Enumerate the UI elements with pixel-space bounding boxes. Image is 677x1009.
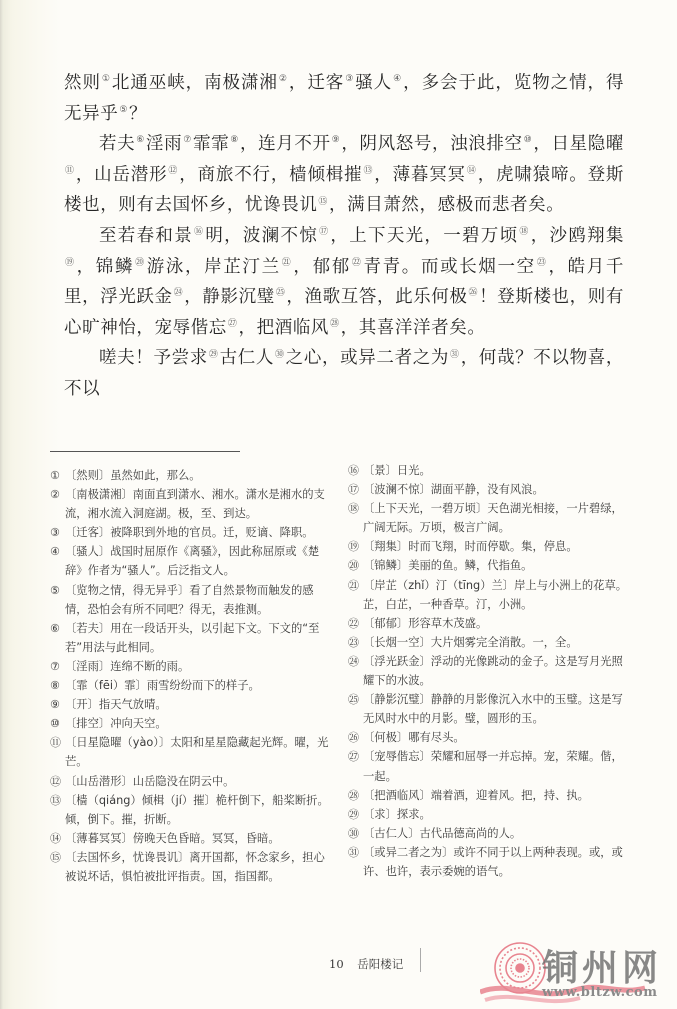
text-segment: 霏霏 (193, 134, 229, 154)
footnote: ③〔迁客〕被降职到外地的官员。迁，贬谪、降职。 (50, 523, 332, 542)
text-segment: ，阴风怒号，浊浪排空 (341, 134, 522, 154)
footnote-text: 〔古仁人〕古代品德高尚的人。 (363, 827, 521, 840)
text-segment: 之心，或异二者之为 (286, 348, 449, 368)
footnote-reference[interactable]: ㉚ (275, 350, 285, 360)
text-segment: ，连月不开 (240, 134, 331, 154)
footnote: ⑳〔锦鳞〕美丽的鱼。鳞，代指鱼。 (348, 556, 630, 575)
footnote: ⑭〔薄暮冥冥〕傍晚天色昏暗。冥冥，昏暗。 (50, 829, 332, 848)
footnote-text: 〔淫雨〕连绵不断的雨。 (65, 660, 189, 673)
footnote: ⑱〔上下天光，一碧万顷〕天色湖光相接，一片碧绿，广阔无际。万顷，极言广阔。 (348, 499, 630, 537)
footnote-number: ㉒ (348, 614, 363, 633)
text-segment: ，迁客 (289, 73, 344, 93)
footnotes-right-column: ⑯〔景〕日光。⑰〔波澜不惊〕湖面平静，没有风浪。⑱〔上下天光，一碧万顷〕天色湖光… (348, 461, 630, 881)
footnote-number: ⑲ (348, 537, 363, 556)
footnote: ①〔然则〕虽然如此，那么。 (50, 466, 332, 485)
text-segment: ，沙鸥翔集 (531, 226, 624, 246)
text-segment: 北通巫峡，南极潇湘 (112, 73, 278, 93)
footnote-number: ㉕ (348, 690, 363, 709)
footnote: ㉙〔求〕探求。 (348, 805, 630, 824)
text-segment: 古仁人 (220, 348, 274, 368)
footnote: ⑯〔景〕日光。 (348, 461, 630, 480)
footnote-number: ⑳ (348, 556, 363, 575)
footnote-reference[interactable]: ㉔ (174, 288, 184, 298)
watermark-url: www.bltzw.com (542, 985, 657, 1000)
paragraph: 然则①北通巫峡，南极潇湘②，迁客③骚人④，多会于此，览物之情，得无异乎⑤？ (64, 68, 624, 129)
footnote-text: 〔把酒临风〕端着酒，迎着风。把，持、执。 (363, 789, 589, 802)
footnote-text: 〔翔集〕时而飞翔，时而停歇。集，停息。 (363, 540, 578, 553)
footnote-reference[interactable]: ④ (393, 74, 402, 84)
footnote: ㉘〔把酒临风〕端着酒，迎着风。把，持、执。 (348, 786, 630, 805)
footnote-reference[interactable]: ⑱ (519, 227, 529, 237)
footnote-reference[interactable]: ① (102, 74, 111, 84)
footnote-reference[interactable]: ⑥ (136, 135, 145, 145)
text-segment: ，薄暮冥冥 (374, 165, 466, 185)
footnote-number: ⑩ (50, 714, 65, 733)
footnote-number: ① (50, 466, 65, 485)
footnote-reference[interactable]: ⑪ (65, 166, 75, 176)
footnote-reference[interactable]: ⑤ (119, 105, 128, 115)
footnote-number: ㉖ (348, 728, 363, 747)
footer-separator (420, 948, 421, 972)
footnote-reference[interactable]: ㉘ (330, 319, 340, 329)
footnote: ⑬〔樯（qiáng）倾楫（jí）摧〕桅杆倒下，船桨断折。倾，倒下。摧，折断。 (50, 791, 332, 829)
footnote-number: ⑭ (50, 829, 65, 848)
footnote-text: 〔排空〕冲向天空。 (65, 717, 167, 730)
footnote-text: 〔然则〕虽然如此，那么。 (65, 469, 201, 482)
footnote: ㉒〔郁郁〕形容草木茂盛。 (348, 614, 630, 633)
text-segment: 嗟夫！予尝求 (99, 348, 208, 368)
footnote: ⑩〔排空〕冲向天空。 (50, 714, 332, 733)
footnote-number: ④ (50, 542, 65, 561)
footnote: ㉔〔浮光跃金〕浮动的光像跳动的金子。这是写月光照耀下的水波。 (348, 652, 630, 690)
footnote-text: 〔山岳潜形〕山岳隐没在阴云中。 (65, 775, 234, 788)
footnote: ⑪〔日星隐曜（yào）〕太阳和星星隐藏起光辉。曜，光芒。 (50, 733, 332, 771)
footnote-text: 〔浮光跃金〕浮动的光像跳动的金子。这是写月光照耀下的水波。 (363, 655, 623, 687)
footnote: ⑤〔览物之情，得无异乎〕看了自然景物而触发的感情，恐怕会有所不同吧？得无，表推测… (50, 581, 332, 619)
text-segment: 明，波澜不惊 (205, 226, 318, 246)
footnote: ⑧〔霏（fēi）霏〕雨雪纷纷而下的样子。 (50, 676, 332, 695)
footnote-text: 〔长烟一空〕大片烟雾完全消散。一，全。 (363, 636, 578, 649)
footnote-text: 〔开〕指天气放晴。 (65, 698, 167, 711)
footnotes-left-column: ①〔然则〕虽然如此，那么。②〔南极潇湘〕南面直到潇水、湘水。潇水是湘水的支流，湘… (50, 466, 332, 886)
footnote-text: 〔宠辱偕忘〕荣耀和屈辱一并忘掉。宠，荣耀。偕，一起。 (363, 750, 623, 782)
footnote: ㉛〔或异二者之为〕或许不同于以上两种表现。或，或许、也许，表示委婉的语气。 (348, 843, 630, 881)
footnote-text: 〔上下天光，一碧万顷〕天色湖光相接，一片碧绿，广阔无际。万顷，极言广阔。 (363, 502, 623, 534)
footnote-reference[interactable]: ㉛ (450, 350, 460, 360)
text-segment: ，郁郁 (293, 257, 350, 277)
footnote-reference[interactable]: ㉑ (282, 258, 293, 268)
footnote: ⑨〔开〕指天气放晴。 (50, 695, 332, 714)
main-text: 然则①北通巫峡，南极潇湘②，迁客③骚人④，多会于此，览物之情，得无异乎⑤？若夫⑥… (64, 68, 624, 405)
footnote-text: 〔景〕日光。 (363, 464, 431, 477)
footnote-text: 〔樯（qiáng）倾楫（jí）摧〕桅杆倒下，船桨断折。倾，倒下。摧，折断。 (65, 794, 329, 826)
footnote: ④〔骚人〕战国时屈原作《离骚》，因此称屈原或《楚辞》作者为“骚人”。后泛指文人。 (50, 542, 332, 580)
footnote-reference[interactable]: ⑰ (319, 227, 329, 237)
footnote-reference[interactable]: ⑫ (168, 166, 178, 176)
footnote-number: ⑤ (50, 581, 65, 600)
footnote-text: 〔南极潇湘〕南面直到潇水、湘水。潇水是湘水的支流，湘水流入洞庭湖。极，至、到达。 (65, 488, 325, 520)
footnote-number: ㉘ (348, 786, 363, 805)
footnote-reference[interactable]: ⑲ (65, 258, 76, 268)
footnote-text: 〔锦鳞〕美丽的鱼。鳞，代指鱼。 (363, 559, 532, 572)
footnote-divider (50, 451, 240, 452)
footnote-reference[interactable]: ⑯ (194, 227, 204, 237)
text-segment: 青青。而或长烟一空 (364, 257, 536, 277)
footnote-reference[interactable]: ③ (345, 74, 354, 84)
footnote-number: ③ (50, 523, 65, 542)
footnote-reference[interactable]: ⑳ (135, 258, 146, 268)
footnote-text: 〔薄暮冥冥〕傍晚天色昏暗。冥冥，昏暗。 (65, 832, 280, 845)
footnote-number: ⑬ (50, 791, 65, 810)
text-segment: ，日星隐曜 (533, 134, 624, 154)
footnote-number: ㉙ (348, 805, 363, 824)
footnote-number: ② (50, 485, 65, 504)
text-segment: 然则 (64, 73, 101, 93)
footnote: ㉗〔宠辱偕忘〕荣耀和屈辱一并忘掉。宠，荣耀。偕，一起。 (348, 747, 630, 785)
footnote: ⑦〔淫雨〕连绵不断的雨。 (50, 657, 332, 676)
footnote-text: 〔骚人〕战国时屈原作《离骚》，因此称屈原或《楚辞》作者为“骚人”。后泛指文人。 (65, 545, 319, 577)
footnote-reference[interactable]: ⑮ (318, 197, 328, 207)
footnote-number: ㉓ (348, 633, 363, 652)
footnote-text: 〔去国怀乡，忧谗畏讥〕离开国都，怀念家乡，担心被说坏话，惧怕被批评指责。国，指国… (65, 851, 325, 883)
paragraph: 若夫⑥淫雨⑦霏霏⑧，连月不开⑨，阴风怒号，浊浪排空⑩，日星隐曜⑪，山岳潜形⑫，商… (64, 129, 624, 221)
text-segment: ，把酒临风 (239, 318, 330, 338)
text-segment: ，锦鳞 (77, 257, 134, 277)
footnote-text: 〔迁客〕被降职到外地的官员。迁，贬谪、降职。 (65, 526, 314, 539)
text-segment: 骚人 (355, 73, 392, 93)
footnote-text: 〔览物之情，得无异乎〕看了自然景物而触发的感情，恐怕会有所不同吧？得无，表推测。 (65, 584, 314, 616)
footnote: ⑲〔翔集〕时而飞翔，时而停歇。集，停息。 (348, 537, 630, 556)
footnote-reference[interactable]: ⑩ (524, 135, 533, 145)
footnote-number: ㉔ (348, 652, 363, 671)
text-segment: ，山岳潜形 (76, 165, 168, 185)
footnote: ㉓〔长烟一空〕大片烟雾完全消散。一，全。 (348, 633, 630, 652)
lesson-number: 10 (329, 957, 344, 971)
footnote-reference[interactable]: ㉓ (537, 258, 548, 268)
text-segment: ，上下天光，一碧万顷 (330, 226, 518, 246)
footnote-text: 〔或异二者之为〕或许不同于以上两种表现。或，或许、也许，表示委婉的语气。 (363, 846, 623, 878)
text-segment: ，商旅不行，樯倾楫摧 (179, 165, 362, 185)
footnote-number: ㉚ (348, 824, 363, 843)
footnote-number: ⑫ (50, 772, 65, 791)
footnote-number: ⑱ (348, 499, 363, 518)
paragraph: 至若春和景⑯明，波澜不惊⑰，上下天光，一碧万顷⑱，沙鸥翔集⑲，锦鳞⑳游泳，岸芷汀… (64, 221, 624, 343)
footnote-number: ⑦ (50, 657, 65, 676)
footnote-number: ⑧ (50, 676, 65, 695)
footnote-number: ⑯ (348, 461, 363, 480)
footnote-number: ⑨ (50, 695, 65, 714)
text-segment: ，满目萧然，感极而悲者矣。 (329, 195, 564, 215)
text-segment: ？ (129, 104, 147, 124)
footnote-number: ⑰ (348, 480, 363, 499)
footnote: ⑥〔若夫〕用在一段话开头，以引起下文。下文的“至若”用法与此相同。 (50, 619, 332, 657)
footnote: ㉚〔古仁人〕古代品德高尚的人。 (348, 824, 630, 843)
footnote-reference[interactable]: ② (279, 74, 288, 84)
footnote-text: 〔求〕探求。 (363, 808, 431, 821)
footnote-number: ⑮ (50, 848, 65, 867)
footnote: ⑮〔去国怀乡，忧谗畏讥〕离开国都，怀念家乡，担心被说坏话，惧怕被批评指责。国，指… (50, 848, 332, 886)
footnote-text: 〔霏（fēi）霏〕雨雪纷纷而下的样子。 (65, 679, 260, 692)
footnote-text: 〔若夫〕用在一段话开头，以引起下文。下文的“至若”用法与此相同。 (65, 622, 319, 654)
text-segment: 游泳，岸芷汀兰 (147, 257, 281, 277)
footnote: ②〔南极潇湘〕南面直到潇水、湘水。潇水是湘水的支流，湘水流入洞庭湖。极，至、到达… (50, 485, 332, 523)
footnote-number: ㉛ (348, 843, 363, 862)
footnote-number: ㉑ (348, 576, 363, 595)
paragraph: 嗟夫！予尝求㉙古仁人㉚之心，或异二者之为㉛，何哉？不以物喜，不以 (64, 343, 624, 404)
footnote-text: 〔日星隐曜（yào）〕太阳和星星隐藏起光辉。曜，光芒。 (65, 736, 328, 768)
footnote-reference[interactable]: ⑧ (230, 135, 239, 145)
footnote-text: 〔静影沉璧〕静静的月影像沉入水中的玉璧。这是写无风时水中的月影。璧，圆形的玉。 (363, 693, 623, 725)
footnote-reference[interactable]: ㉖ (469, 288, 479, 298)
footnote-reference[interactable]: ㉒ (352, 258, 363, 268)
footnote-number: ㉗ (348, 747, 363, 766)
text-segment: ，静影沉璧 (184, 287, 275, 307)
footnote-text: 〔郁郁〕形容草木茂盛。 (363, 617, 487, 630)
text-segment: 若夫 (99, 134, 135, 154)
lesson-title: 岳阳楼记 (357, 957, 403, 971)
watermark-site-name: 铜州网 (542, 940, 662, 991)
footnote-text: 〔岸芷（zhǐ）汀（tīng）兰〕岸上与小洲上的花草。芷，白芷，一种香草。汀，小… (363, 579, 627, 611)
footnote-reference[interactable]: ⑦ (183, 135, 192, 145)
footnote-reference[interactable]: ㉗ (228, 319, 238, 329)
footnote: ㉑〔岸芷（zhǐ）汀（tīng）兰〕岸上与小洲上的花草。芷，白芷，一种香草。汀，… (348, 576, 630, 614)
text-segment: 至若春和景 (99, 226, 193, 246)
footnote-reference[interactable]: ㉕ (276, 288, 286, 298)
footnote: ⑰〔波澜不惊〕湖面平静，没有风浪。 (348, 480, 630, 499)
footnote-number: ⑪ (50, 733, 65, 752)
footnote: ㉖〔何极〕哪有尽头。 (348, 728, 630, 747)
footnote-text: 〔何极〕哪有尽头。 (363, 731, 465, 744)
footnote: ⑫〔山岳潜形〕山岳隐没在阴云中。 (50, 772, 332, 791)
footnote-reference[interactable]: ⑬ (363, 166, 373, 176)
footnote-reference[interactable]: ⑭ (467, 166, 477, 176)
text-segment: 淫雨 (146, 134, 182, 154)
footnote: ㉕〔静影沉璧〕静静的月影像沉入水中的玉璧。这是写无风时水中的月影。璧，圆形的玉。 (348, 690, 630, 728)
page-footer: 10 岳阳楼记 (329, 956, 403, 972)
footnote-reference[interactable]: ⑨ (332, 135, 341, 145)
footnote-reference[interactable]: ㉙ (209, 350, 219, 360)
text-segment: ，渔歌互答，此乐何极 (286, 287, 467, 307)
footnote-text: 〔波澜不惊〕湖面平静，没有风浪。 (363, 483, 544, 496)
text-segment: ，其喜洋洋者矣。 (341, 318, 486, 338)
footnote-number: ⑥ (50, 619, 65, 638)
